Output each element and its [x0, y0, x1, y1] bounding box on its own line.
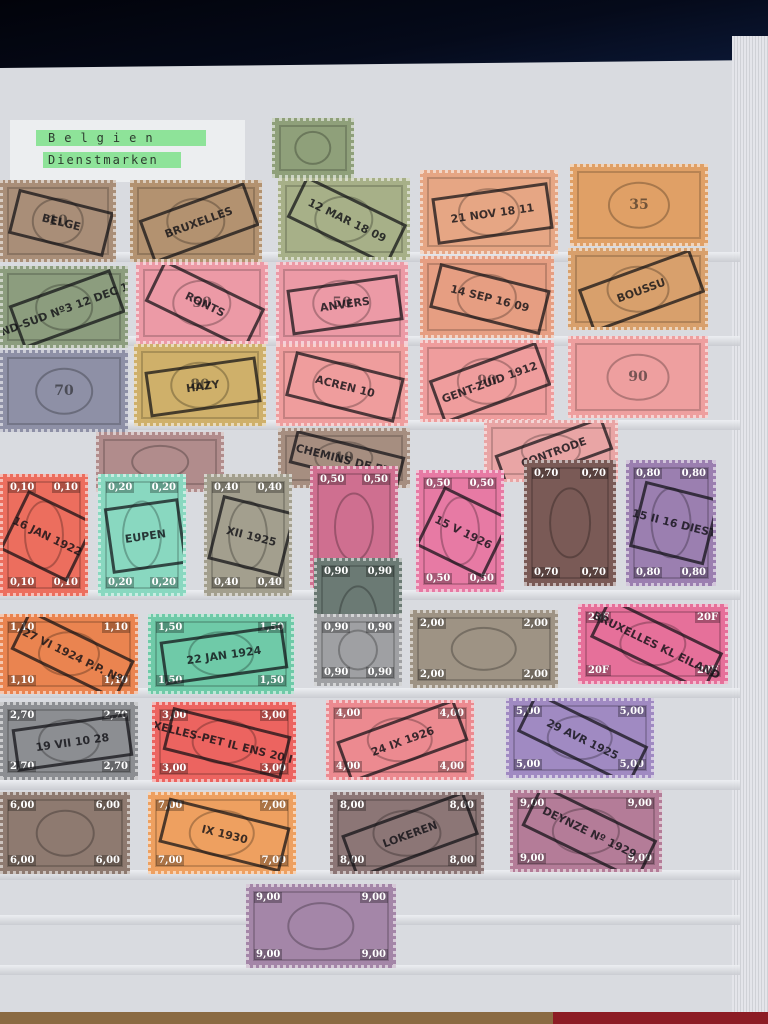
stamp: 8,008,008,008,00LOKEREN: [330, 792, 484, 874]
stamp-value: 0,90: [366, 622, 394, 633]
stamp: 50RONTS: [136, 262, 268, 344]
stamp-value: 0,50: [318, 474, 346, 485]
stamp-value: 0,20: [106, 577, 134, 588]
stamp: 20F20F20F20FBRUXELLES KL EILAND: [578, 604, 728, 684]
stamp-value: 0,90: [322, 566, 350, 577]
stamp: 0,100,100,100,1016 JAN 1922: [0, 474, 88, 596]
stamp-value: 0,70: [532, 567, 560, 578]
stamp-value: 0,90: [366, 667, 394, 678]
stamp: 3,003,003,003,00BRUXELLES-PET IL ENS 20 …: [152, 702, 296, 782]
stamp: 21 NOV 18 11: [420, 170, 558, 254]
stamp-value: 1,10: [102, 622, 130, 633]
stamp: 35: [570, 164, 708, 246]
stamp: 10BELGE: [0, 180, 116, 262]
stamp-value: 0,20: [150, 482, 178, 493]
stamp: 6,006,006,006,00: [0, 792, 130, 874]
stamp-value: 2,00: [418, 618, 446, 629]
stamp: 0,900,900,900,90: [314, 614, 402, 686]
stamp: BRUXELLES: [130, 180, 262, 262]
stamp-value: 0,90: [322, 622, 350, 633]
stamp-value: 0,70: [580, 468, 608, 479]
stamp-value: 0,40: [212, 577, 240, 588]
stamp-value: 7,00: [156, 855, 184, 866]
album-cover-edge: [0, 1012, 768, 1024]
stamp-emblem: [549, 487, 591, 558]
stamp-value: 0,90: [322, 667, 350, 678]
stamp: 90: [568, 336, 708, 418]
stamp-value: 0,10: [52, 482, 80, 493]
stamp-value: 1,50: [156, 622, 184, 633]
stamp-value: 6,00: [8, 800, 36, 811]
stamp-value: 8,00: [338, 800, 366, 811]
stamp-value: 1,50: [258, 675, 286, 686]
stamp-value: 6,00: [8, 855, 36, 866]
stamp-value: 0,80: [680, 567, 708, 578]
stamp-emblem: [334, 493, 374, 562]
stamp-emblem: [338, 630, 378, 671]
stamp: 70: [0, 350, 128, 432]
stamp-value: 0,40: [212, 482, 240, 493]
stamp-value: 0,50: [468, 478, 496, 489]
stamp-value: 9,00: [360, 949, 388, 960]
stamp: 7,007,007,007,00IX 1930: [148, 792, 296, 874]
stamp-value: 9,00: [254, 949, 282, 960]
stamp: 9,009,009,009,00DEYNZE Nº 1929: [510, 790, 662, 872]
stamp-value: 3,00: [160, 763, 188, 774]
stamp: 0,800,800,800,8015 II 16 DIEST: [626, 460, 716, 586]
stamp-value: 9,00: [626, 798, 654, 809]
stamp-value: 2,00: [522, 618, 550, 629]
stamp-value: 3,00: [260, 710, 288, 721]
stamp-value: 20F: [586, 665, 611, 676]
stamp-value: 70: [3, 383, 125, 399]
stamp-value: 0,50: [362, 474, 390, 485]
stamp: 0,400,400,400,40XII 1925: [204, 474, 292, 596]
stamp: 0,500,500,500,5015 V 1926: [416, 470, 504, 592]
stamp-value: 8,00: [448, 855, 476, 866]
stamp-value: 0,50: [424, 573, 452, 584]
stamp-value: 0,20: [150, 577, 178, 588]
stamp-value: 2,00: [418, 669, 446, 680]
stamp-value: 6,00: [94, 800, 122, 811]
postmark-cancel: EUPEN: [103, 498, 186, 574]
stamp-value: 7,00: [260, 800, 288, 811]
stamp-value: 6,00: [94, 855, 122, 866]
stamp: ACREN 10: [276, 344, 408, 426]
stamp-value: 0,80: [680, 468, 708, 479]
stock-strip: [0, 780, 740, 790]
stamp-value: 9,00: [360, 892, 388, 903]
stamp-value: 2,70: [8, 710, 36, 721]
album-label: Belgien Dienstmarken: [10, 120, 245, 182]
stamp: 2,702,702,702,7019 VII 10 28: [0, 702, 138, 780]
stamp-value: 2,00: [522, 669, 550, 680]
stamp-emblem: [287, 902, 354, 950]
stamp-value: 1,10: [8, 675, 36, 686]
stamp-value: 4,00: [334, 708, 362, 719]
stamp-value: 5,00: [618, 706, 646, 717]
stamp-value: 2,70: [102, 761, 130, 772]
stamp: 1,101,101,101,1027 VI 1924 P.P. Nº: [0, 614, 138, 694]
stamp: 50ANVERS: [276, 262, 408, 344]
stamp: 2,002,002,002,00: [410, 610, 558, 688]
stamp: 5,005,005,005,0029 AVR 1925: [506, 698, 654, 778]
stamp-value: 0,20: [106, 482, 134, 493]
stamp-value: 35: [573, 197, 705, 213]
stamp: 9,009,009,009,00: [246, 884, 396, 968]
stamp: 4,004,004,004,0024 IX 1926: [326, 700, 474, 780]
stamp: 12 MAR 18 09: [278, 178, 410, 260]
stamp-value: 0,10: [8, 577, 36, 588]
stamp: [272, 118, 354, 178]
stamp: 14 SEP 16 09: [420, 256, 554, 338]
label-category: Dienstmarken: [48, 153, 159, 167]
stamp-value: 4,00: [438, 761, 466, 772]
stamp: BOUSSU: [568, 248, 708, 330]
stamp-emblem: [36, 810, 95, 857]
stamp-value: 0,90: [366, 566, 394, 577]
stamp-value: 0,70: [532, 468, 560, 479]
stamp: 90GENT-ZUID 1912: [420, 340, 554, 422]
stamp: GAND-SUD Nº3 12 DEC 1903: [0, 266, 128, 348]
stamp: 0,200,200,200,20EUPEN: [98, 474, 186, 596]
stamp-value: 9,00: [518, 853, 546, 864]
stamp-value: 0,70: [580, 567, 608, 578]
stamp-value: 0,80: [634, 468, 662, 479]
stamp-value: 0,40: [256, 482, 284, 493]
stamp: 1,501,501,501,5022 JAN 1924: [148, 614, 294, 694]
stamp-value: 9,00: [254, 892, 282, 903]
stamp-value: 0,40: [256, 577, 284, 588]
stamp: 80HAZY: [134, 344, 266, 426]
stamp-value: 90: [571, 369, 705, 385]
label-country: Belgien: [48, 131, 162, 145]
stamp-value: 0,80: [634, 567, 662, 578]
stamp-value: 5,00: [514, 759, 542, 770]
stamp: 0,700,700,700,70: [524, 460, 616, 586]
stamp-value: 20F: [695, 612, 720, 623]
